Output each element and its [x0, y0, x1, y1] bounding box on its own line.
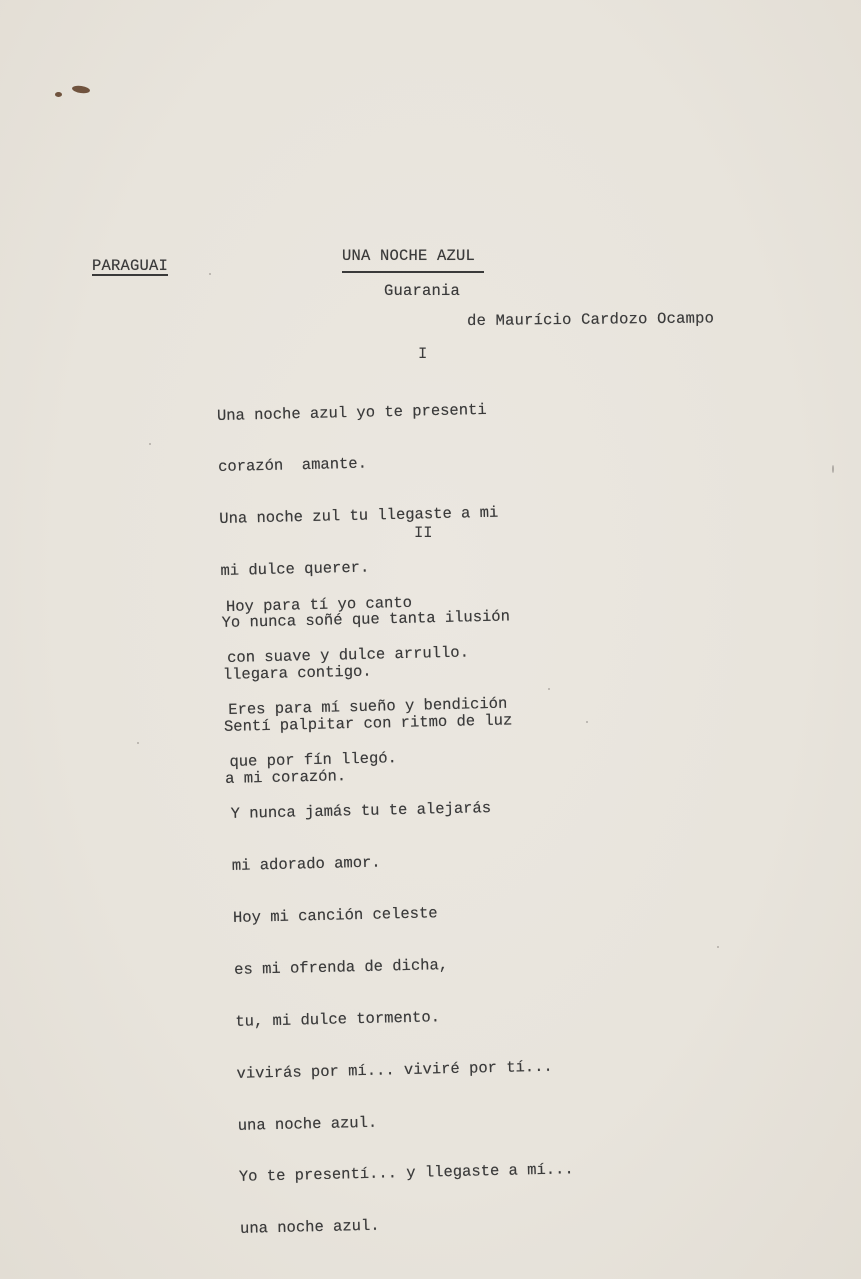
lyric-line: Eres para mí sueño y bendición — [228, 695, 563, 720]
country-label: PARAGUAI — [92, 258, 168, 276]
paper-speck — [717, 946, 719, 948]
lyric-line: es mi ofrenda de dicha, — [234, 954, 569, 979]
paper-speck — [832, 465, 834, 473]
lyric-line: Una noche azul yo te presenti — [217, 401, 506, 425]
lyric-line: mi adorado amor. — [232, 850, 567, 875]
song-author: de Maurício Cardozo Ocampo — [467, 309, 714, 330]
lyric-line: Hoy para tí yo canto — [226, 591, 561, 616]
song-genre: Guarania — [384, 282, 460, 300]
lyric-line: con suave y dulce arrullo. — [227, 643, 562, 668]
lyric-line: Yo te presentí... y llegaste a mí... — [239, 1162, 574, 1187]
paper-speck — [149, 443, 151, 445]
paper-speck — [209, 273, 211, 275]
section-number-1: I — [418, 345, 427, 363]
typewritten-page: PARAGUAI UNA NOCHE AZUL Guarania de Maur… — [0, 0, 861, 1279]
lyric-line: una noche azul. — [238, 1110, 573, 1135]
paper-speck — [137, 742, 139, 744]
ink-stain-small — [55, 92, 62, 97]
lyric-line: corazón amante. — [218, 453, 507, 477]
song-title: UNA NOCHE AZUL — [342, 247, 475, 265]
section-number-2: II — [414, 524, 433, 542]
lyric-line: una noche azul. — [240, 1214, 575, 1239]
title-underline — [342, 271, 484, 273]
lyric-line: vivirás por mí... viviré por tí... — [236, 1058, 571, 1083]
ink-stain — [72, 85, 91, 94]
paper-speck — [586, 721, 588, 723]
lyric-line: Y nunca jamás tu te alejarás — [230, 798, 565, 823]
lyric-line: Una noche zul tu llegaste a mi — [219, 505, 508, 529]
lyric-line: tu, mi dulce tormento. — [235, 1006, 570, 1031]
stanza-2: Hoy para tí yo canto con suave y dulce a… — [225, 556, 576, 1273]
lyric-line: Hoy mi canción celeste — [233, 902, 568, 927]
lyric-line: que por fín llegó. — [229, 747, 564, 772]
